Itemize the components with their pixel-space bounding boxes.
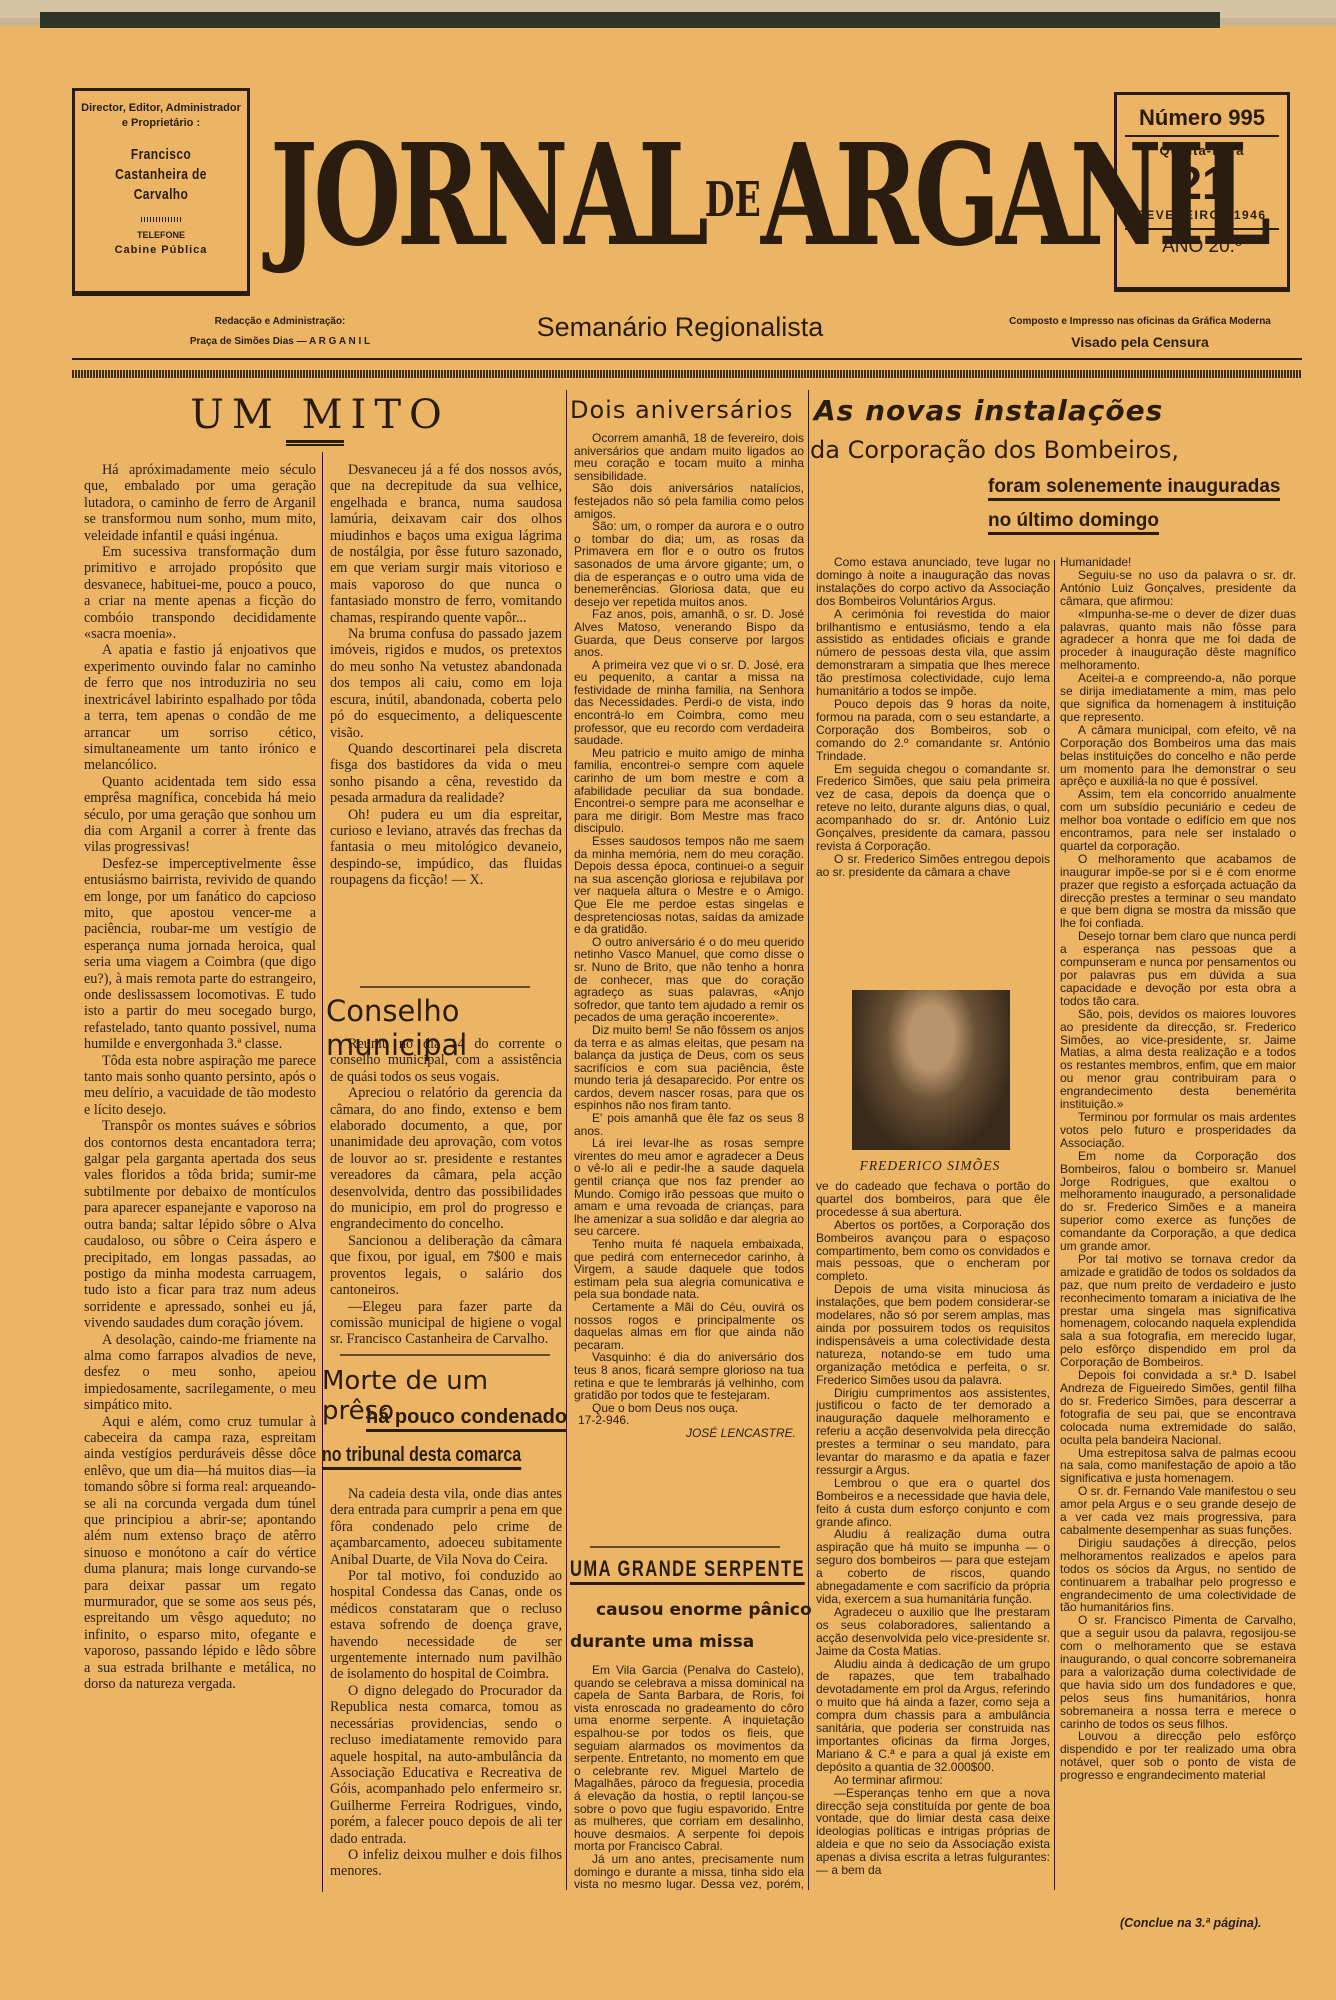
telefone-value: Cabine Pública <box>81 244 241 256</box>
masthead-rule <box>72 358 1302 360</box>
article-bombeiros-col1b: ve do cadeado que fechava o portão do qu… <box>816 1180 1050 1890</box>
article-bombeiros-col2: Humanidade! Seguiu-se no uso da palavra … <box>1060 556 1296 1880</box>
binding-tape <box>40 12 1220 28</box>
article-dois-aniversarios: Ocorrem amanhã, 18 de fevereiro, dois an… <box>574 432 804 1482</box>
day-number: 21 <box>1117 158 1287 208</box>
headline-um-mito: UM MITO <box>90 392 550 438</box>
director-label: Director, Editor, Administrador e Propri… <box>81 101 241 131</box>
title-jornal: JORNAL <box>270 114 705 278</box>
subheadline-serpente-1: causou enorme pânico <box>596 1600 812 1620</box>
headline-ornament <box>286 440 344 446</box>
publication-year: ANO 20.º <box>1117 236 1287 258</box>
redaccao-label: Redacção e Administração: <box>140 312 420 332</box>
subheadline-serpente-2: durante uma missa <box>570 1632 754 1652</box>
newspaper-title: JORNALDEARGANIL <box>270 96 846 296</box>
article-um-mito-col2: Desvaneceu já a fé dos nossos avós, que … <box>330 462 562 912</box>
censor-label: Visado pela Censura <box>980 332 1300 352</box>
column-divider <box>566 390 567 1890</box>
subheadline-bombeiros-3: no último domingo <box>988 510 1159 535</box>
column-divider <box>322 452 323 1892</box>
director-name: Francisco Castanheira de Carvalho <box>97 145 225 205</box>
telefone-label: TELEFONE <box>81 230 241 240</box>
article-signature: JOSÉ LENCASTRE. <box>574 1427 804 1440</box>
decorative-rule <box>141 217 181 222</box>
photo-frederico-simoes <box>852 990 1010 1150</box>
subheadline-bombeiros-1: da Corporação dos Bombeiros, <box>810 436 1179 464</box>
continued-note: (Conclue na 3.ª página). <box>1120 1916 1261 1930</box>
masthead-pattern-rule <box>72 370 1302 378</box>
separator <box>340 1354 550 1356</box>
subtitle: Semanário Regionalista <box>500 312 860 343</box>
column-divider <box>808 390 809 1890</box>
separator <box>590 1546 780 1548</box>
headline-serpente: UMA GRANDE SERPENTE <box>570 1556 805 1585</box>
redaccao-info: Redacção e Administração: Praça de Simõe… <box>140 312 420 352</box>
article-bombeiros-col1: Como estava anunciado, teve lugar no dom… <box>816 556 1050 976</box>
print-label: Composto e Impresso nas oficinas da Gráf… <box>980 312 1300 332</box>
article-morte: Na cadeia desta vila, onde dias antes de… <box>330 1486 562 1886</box>
subheadline-bombeiros-2: foram solenemente inauguradas <box>988 476 1280 501</box>
headline-bombeiros: As novas instalações <box>814 394 1163 427</box>
print-info: Composto e Impresso nas oficinas da Gráf… <box>980 312 1300 352</box>
title-de: DE <box>705 172 761 228</box>
month-year: FEVEREIRO—1946 <box>1125 208 1279 230</box>
article-um-mito-col1: Há apróximadamente meio século que, emba… <box>84 462 316 1892</box>
issue-box: Número 995 Quinta-feira 21 FEVEREIRO—194… <box>1114 92 1290 292</box>
weekday: Quinta-feira <box>1117 143 1287 158</box>
article-serpente: Em Vila Garcia (Penalva do Castelo), qua… <box>574 1664 804 1890</box>
subheadline-morte-2: no tribunal desta comarca <box>322 1444 521 1470</box>
subheadline-morte-1: há pouco condenado <box>366 1406 567 1432</box>
headline-dois-aniversarios: Dois aniversários <box>570 396 806 424</box>
issue-number: Número 995 <box>1125 95 1279 137</box>
photo-caption: FREDERICO SIMÕES <box>810 1158 1050 1174</box>
redaccao-address: Praça de Simões Dias — A R G A N I L <box>140 332 420 352</box>
director-box: Director, Editor, Administrador e Propri… <box>72 88 250 296</box>
column-divider <box>1054 560 1055 1890</box>
article-conselho: Reuniu no dia 14 do corrente o conselho … <box>330 1036 562 1346</box>
separator <box>360 986 530 988</box>
